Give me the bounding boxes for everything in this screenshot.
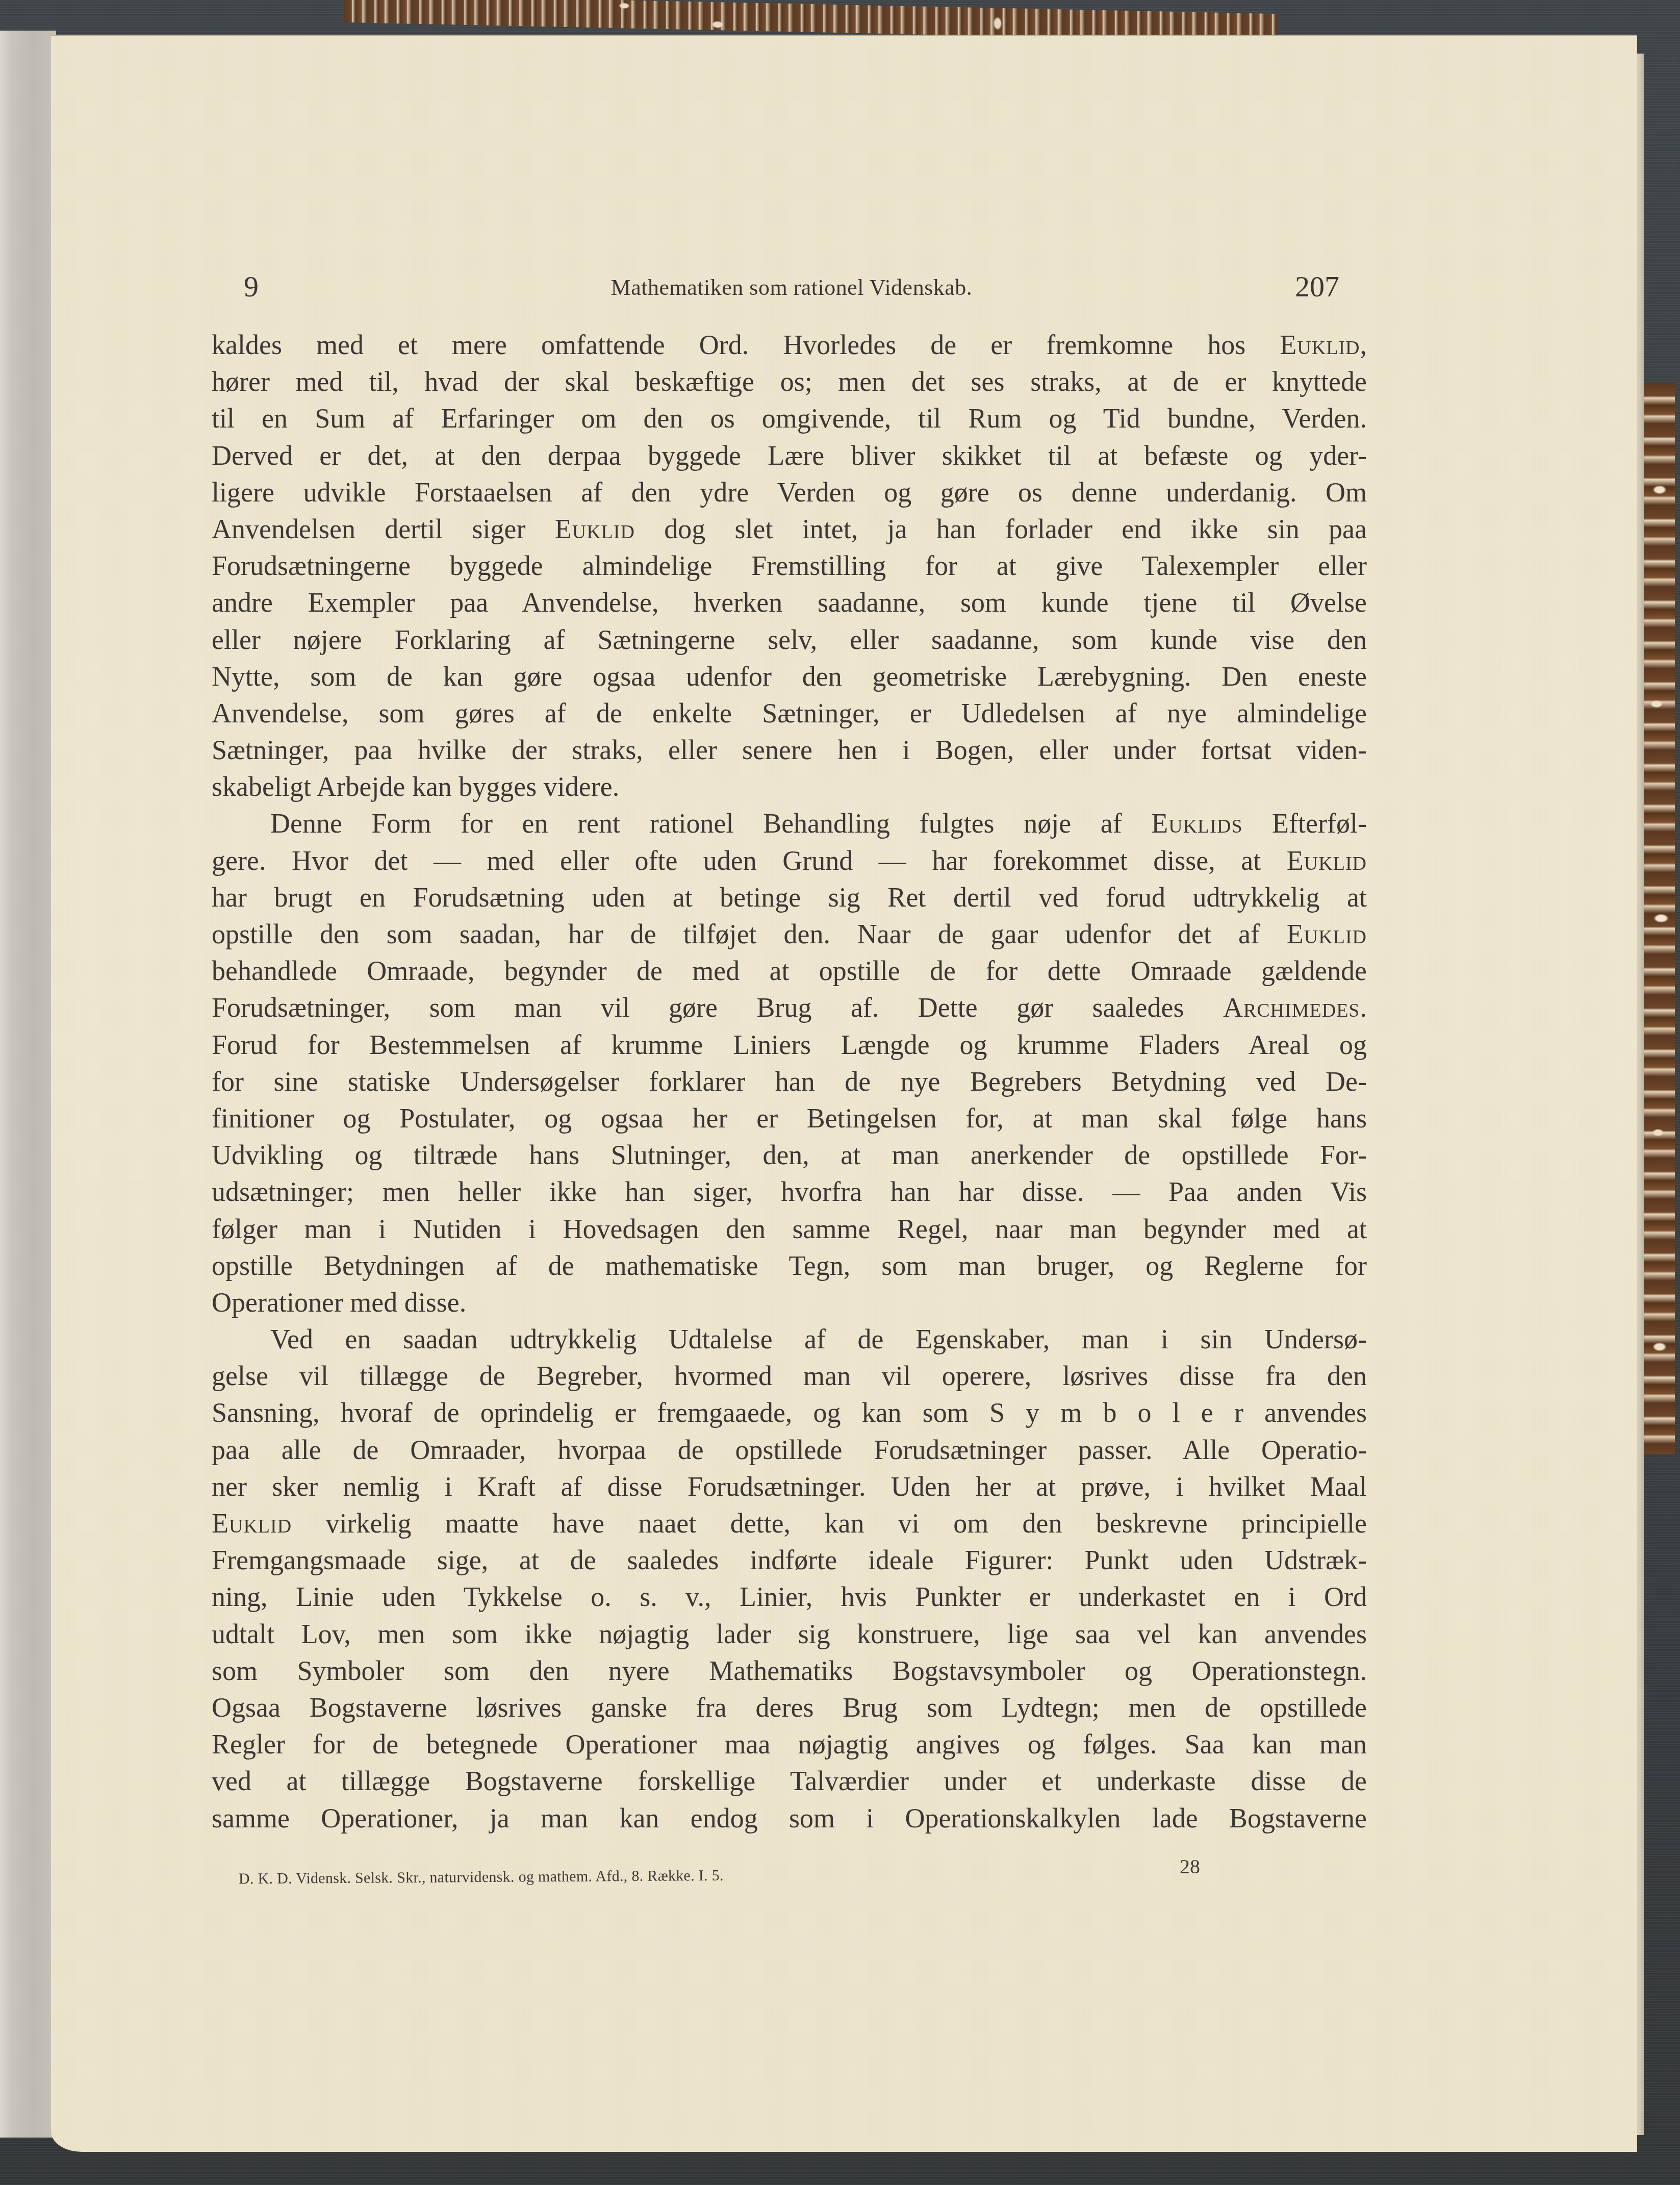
text-line: Udvikling og tiltræde hans Slutninger, d…	[212, 1137, 1367, 1173]
text-line: som Symboler som den nyere Mathematiks B…	[212, 1652, 1367, 1689]
text-line: skabeligt Arbejde kan bygges videre.	[212, 768, 1367, 805]
line-text: Sansning, hvoraf de oprindelig er fremga…	[212, 1397, 1367, 1428]
text-line: til en Sum af Erfaringer om den os omgiv…	[212, 400, 1367, 437]
small-caps-name: Euklid	[1287, 919, 1367, 949]
line-text: for sine statiske Undersøgelser forklare…	[212, 1066, 1367, 1097]
text-line: Forudsætningerne byggede almindelige Fre…	[212, 547, 1367, 584]
text-line: Nytte, som de kan gøre ogsaa udenfor den…	[212, 658, 1367, 695]
line-text: finitioner og Postulater, og ogsaa her e…	[212, 1103, 1367, 1134]
line-text: kaldes med et mere omfattende Ord. Hvorl…	[212, 330, 1280, 360]
line-text: gelse vil tillægge de Begreber, hvormed …	[212, 1361, 1367, 1391]
text-line: Operationer med disse.	[212, 1284, 1367, 1321]
running-header: 9 Mathematiken som rationel Videnskab. 2…	[244, 269, 1339, 305]
text-line: andre Exempler paa Anvendelse, hverken s…	[212, 584, 1367, 621]
line-text: opstille den som saadan, har de tilføjet…	[212, 919, 1287, 949]
line-text: Fremgangsmaade sige, at de saaledes indf…	[212, 1545, 1367, 1575]
line-text: Anvendelse, som gøres af de enkelte Sætn…	[212, 698, 1367, 729]
line-text: Denne Form for en rent rationel Behandli…	[270, 808, 1151, 839]
text-line: gere. Hvor det — med eller ofte uden Gru…	[212, 842, 1367, 879]
body-text: kaldes med et mere omfattende Ord. Hvorl…	[212, 327, 1367, 1837]
line-text: udtalt Lov, men som ikke nøjagtig lader …	[212, 1619, 1367, 1649]
line-text: Regler for de betegnede Operationer maa …	[212, 1729, 1367, 1760]
running-title: Mathematiken som rationel Videnskab.	[244, 274, 1339, 300]
text-line: Forud for Bestemmelsen af krumme Liniers…	[212, 1026, 1367, 1063]
line-text-after: virkelig maatte have naaet dette, kan vi…	[292, 1508, 1367, 1539]
text-line: ligere udvikle Forstaaelsen af den ydre …	[212, 474, 1367, 511]
text-line: ner sker nemlig i Kraft af disse Forudsæ…	[212, 1468, 1367, 1505]
small-caps-name: Euklids	[1151, 808, 1242, 839]
line-text: ner sker nemlig i Kraft af disse Forudsæ…	[212, 1471, 1367, 1502]
text-line: Anvendelsen dertil siger Euklid dog slet…	[212, 511, 1367, 547]
small-caps-name: Euklid	[1287, 845, 1367, 876]
text-line: Sansning, hvoraf de oprindelig er fremga…	[212, 1394, 1367, 1431]
text-line: paa alle de Omraader, hvorpaa de opstill…	[212, 1431, 1367, 1468]
line-text: Sætninger, paa hvilke der straks, eller …	[212, 735, 1367, 765]
sheet-number: 28	[1180, 1854, 1200, 1878]
small-caps-name: Euklid	[555, 514, 635, 544]
text-line: for sine statiske Undersøgelser forklare…	[212, 1063, 1367, 1100]
line-text: Udvikling og tiltræde hans Slutninger, d…	[212, 1140, 1367, 1170]
line-text: udsætninger; men heller ikke han siger, …	[212, 1176, 1367, 1207]
text-line: opstille Betydningen af de mathematiske …	[212, 1247, 1367, 1284]
line-text-after: .	[1360, 992, 1367, 1023]
text-line: Sætninger, paa hvilke der straks, eller …	[212, 732, 1367, 768]
line-text: Ved en saadan udtrykkelig Udtalelse af d…	[270, 1324, 1367, 1354]
line-text: som Symboler som den nyere Mathematiks B…	[212, 1655, 1367, 1686]
line-text: Forudsætninger, som man vil gøre Brug af…	[212, 992, 1223, 1023]
line-text: behandlede Omraade, begynder de med at o…	[212, 956, 1367, 986]
line-text: paa alle de Omraader, hvorpaa de opstill…	[212, 1435, 1367, 1465]
text-line: ning, Linie uden Tykkelse o. s. v., Lini…	[212, 1578, 1367, 1615]
line-text-after: Efterføl-	[1243, 808, 1367, 839]
text-line: finitioner og Postulater, og ogsaa her e…	[212, 1100, 1367, 1137]
line-text: Operationer med disse.	[212, 1287, 466, 1318]
line-text: til en Sum af Erfaringer om den os omgiv…	[212, 403, 1367, 434]
text-line: kaldes med et mere omfattende Ord. Hvorl…	[212, 327, 1367, 363]
text-line: Forudsætninger, som man vil gøre Brug af…	[212, 989, 1367, 1026]
line-text: Ogsaa Bogstaverne løsrives ganske fra de…	[212, 1692, 1367, 1723]
text-line: samme Operationer, ja man kan endog som …	[212, 1800, 1367, 1837]
line-text: ning, Linie uden Tykkelse o. s. v., Lini…	[212, 1581, 1367, 1612]
text-line: gelse vil tillægge de Begreber, hvormed …	[212, 1358, 1367, 1394]
line-text: har brugt en Forudsætning uden at beting…	[212, 882, 1367, 913]
small-caps-name: Euklid	[1280, 330, 1360, 360]
line-text: skabeligt Arbejde kan bygges videre.	[212, 771, 619, 802]
text-line: Regler for de betegnede Operationer maa …	[212, 1726, 1367, 1763]
line-text: ligere udvikle Forstaaelsen af den ydre …	[212, 477, 1367, 508]
text-line: Anvendelse, som gøres af de enkelte Sætn…	[212, 695, 1367, 732]
line-text: Nytte, som de kan gøre ogsaa udenfor den…	[212, 661, 1367, 692]
text-line: Fremgangsmaade sige, at de saaledes indf…	[212, 1542, 1367, 1578]
line-text: gere. Hvor det — med eller ofte uden Gru…	[212, 845, 1287, 876]
line-text-after: dog slet intet, ja han forlader end ikke…	[635, 514, 1367, 544]
line-text: Derved er det, at den derpaa byggede Lær…	[212, 440, 1367, 471]
small-caps-name: Euklid	[212, 1508, 292, 1539]
signature-line: D. K. D. Vidensk. Selsk. Skr., naturvide…	[239, 1867, 724, 1888]
page-number: 207	[1295, 269, 1339, 304]
text-line: har brugt en Forudsætning uden at beting…	[212, 879, 1367, 916]
text-line: Denne Form for en rent rationel Behandli…	[212, 805, 1367, 842]
text-line: Ved en saadan udtrykkelig Udtalelse af d…	[212, 1321, 1367, 1358]
line-text: følger man i Nutiden i Hovedsagen den sa…	[212, 1214, 1367, 1244]
line-text: hører med til, hvad der skal beskæftige …	[212, 366, 1367, 397]
line-text: andre Exempler paa Anvendelse, hverken s…	[212, 587, 1367, 618]
text-line: hører med til, hvad der skal beskæftige …	[212, 363, 1367, 400]
line-text: Forud for Bestemmelsen af krumme Liniers…	[212, 1029, 1367, 1060]
text-line: Euklid virkelig maatte have naaet dette,…	[212, 1505, 1367, 1542]
line-text: eller nøjere Forklaring af Sætningerne s…	[212, 624, 1367, 655]
line-text: ved at tillægge Bogstaverne forskellige …	[212, 1766, 1367, 1796]
page-gutter	[0, 31, 56, 2138]
line-text: samme Operationer, ja man kan endog som …	[212, 1803, 1367, 1834]
text-line: udsætninger; men heller ikke han siger, …	[212, 1173, 1367, 1210]
marbled-endpaper-right	[1644, 383, 1675, 1454]
small-caps-name: Archimedes	[1223, 992, 1360, 1023]
text-line: ved at tillægge Bogstaverne forskellige …	[212, 1763, 1367, 1799]
text-line: Ogsaa Bogstaverne løsrives ganske fra de…	[212, 1689, 1367, 1726]
text-line: følger man i Nutiden i Hovedsagen den sa…	[212, 1211, 1367, 1247]
text-line: opstille den som saadan, har de tilføjet…	[212, 916, 1367, 952]
line-text: opstille Betydningen af de mathematiske …	[212, 1250, 1367, 1281]
text-line: behandlede Omraade, begynder de med at o…	[212, 952, 1367, 989]
text-line: udtalt Lov, men som ikke nøjagtig lader …	[212, 1616, 1367, 1652]
text-line: Derved er det, at den derpaa byggede Lær…	[212, 437, 1367, 474]
line-text: Forudsætningerne byggede almindelige Fre…	[212, 550, 1367, 581]
text-line: eller nøjere Forklaring af Sætningerne s…	[212, 621, 1367, 658]
line-text: Anvendelsen dertil siger	[212, 514, 555, 544]
line-text-after: ,	[1360, 330, 1367, 360]
